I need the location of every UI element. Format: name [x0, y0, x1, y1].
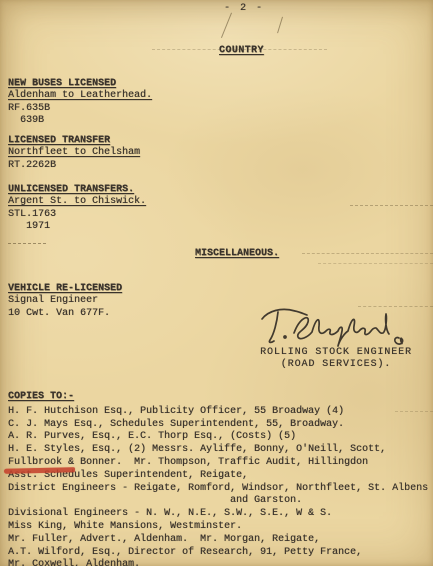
- section-title: NEW BUSES LICENSED: [8, 78, 152, 90]
- section-unlicensed-transfers: UNLICENSED TRANSFERS. Argent St. to Chis…: [8, 184, 146, 234]
- copies-line: H. E. Styles, Esq., (2) Messrs. Ayliffe,…: [8, 444, 428, 457]
- miscellaneous-heading: MISCELLANEOUS.: [195, 248, 279, 259]
- crease-mark: [318, 263, 433, 264]
- pencil-stroke: [221, 13, 232, 38]
- copies-heading: COPIES TO:-: [8, 391, 428, 404]
- section-licensed-transfer: LICENSED TRANSFER Northfleet to Chelsham…: [8, 135, 140, 172]
- copies-line: Mr. Coxwell, Aldenham.: [8, 559, 428, 566]
- section-route: Argent St. to Chiswick.: [8, 196, 146, 208]
- copies-line: District Engineers - Reigate, Romford, W…: [8, 483, 428, 496]
- section-new-buses: NEW BUSES LICENSED Aldenham to Leatherhe…: [8, 78, 152, 128]
- copies-line: H. F. Hutchison Esq., Publicity Officer,…: [8, 406, 428, 419]
- section-title: UNLICENSED TRANSFERS.: [8, 184, 146, 196]
- vehicle-number: 639B: [8, 115, 152, 127]
- copies-list: H. F. Hutchison Esq., Publicity Officer,…: [8, 406, 428, 566]
- section-title: VEHICLE RE-LICENSED: [8, 283, 122, 295]
- copies-line: A.T. Wilford, Esq., Director of Research…: [8, 547, 428, 560]
- copies-section: COPIES TO:- H. F. Hutchison Esq., Public…: [8, 391, 428, 566]
- pencil-stroke: [277, 17, 283, 34]
- signature-handwriting: [250, 304, 415, 352]
- signatory-role-line2: (ROAD SERVICES).: [256, 359, 416, 371]
- section-route: Northfleet to Chelsham: [8, 147, 140, 159]
- copies-line: and Garston.: [8, 495, 428, 508]
- copies-line: Miss King, White Mansions, Westminster.: [8, 521, 428, 534]
- country-heading: COUNTRY: [219, 45, 264, 56]
- section-title: LICENSED TRANSFER: [8, 135, 140, 147]
- signatory-block: ROLLING STOCK ENGINEER (ROAD SERVICES).: [256, 347, 416, 371]
- copies-line: A. R. Purves, Esq., E.C. Thorp Esq., (Co…: [8, 431, 428, 444]
- vehicle-number: 1971: [8, 221, 146, 233]
- section-route: Aldenham to Leatherhead.: [8, 90, 152, 102]
- crease-mark: [302, 253, 433, 254]
- signatory-role-line1: ROLLING STOCK ENGINEER: [256, 347, 416, 359]
- copies-line: Divisional Engineers - N. W., N.E., S.W.…: [8, 508, 428, 521]
- vehicle-number: RT.2262B: [8, 160, 140, 172]
- section-text: Signal Engineer: [8, 295, 122, 307]
- page-number: - 2 -: [224, 3, 264, 14]
- section-vehicle-relicensed: VEHICLE RE-LICENSED Signal Engineer 10 C…: [8, 283, 122, 320]
- copies-line: Mr. Fuller, Advert., Aldenham. Mr. Morga…: [8, 534, 428, 547]
- pencil-dash-mark: [8, 243, 46, 244]
- crease-mark: [350, 205, 433, 206]
- scanned-memo-page: - 2 - COUNTRY NEW BUSES LICENSED Aldenha…: [0, 0, 433, 566]
- section-text: 10 Cwt. Van 677F.: [8, 308, 122, 320]
- copies-line: C. J. Mays Esq., Schedules Superintenden…: [8, 419, 428, 432]
- vehicle-number: RF.635B: [8, 103, 152, 115]
- vehicle-number: STL.1763: [8, 209, 146, 221]
